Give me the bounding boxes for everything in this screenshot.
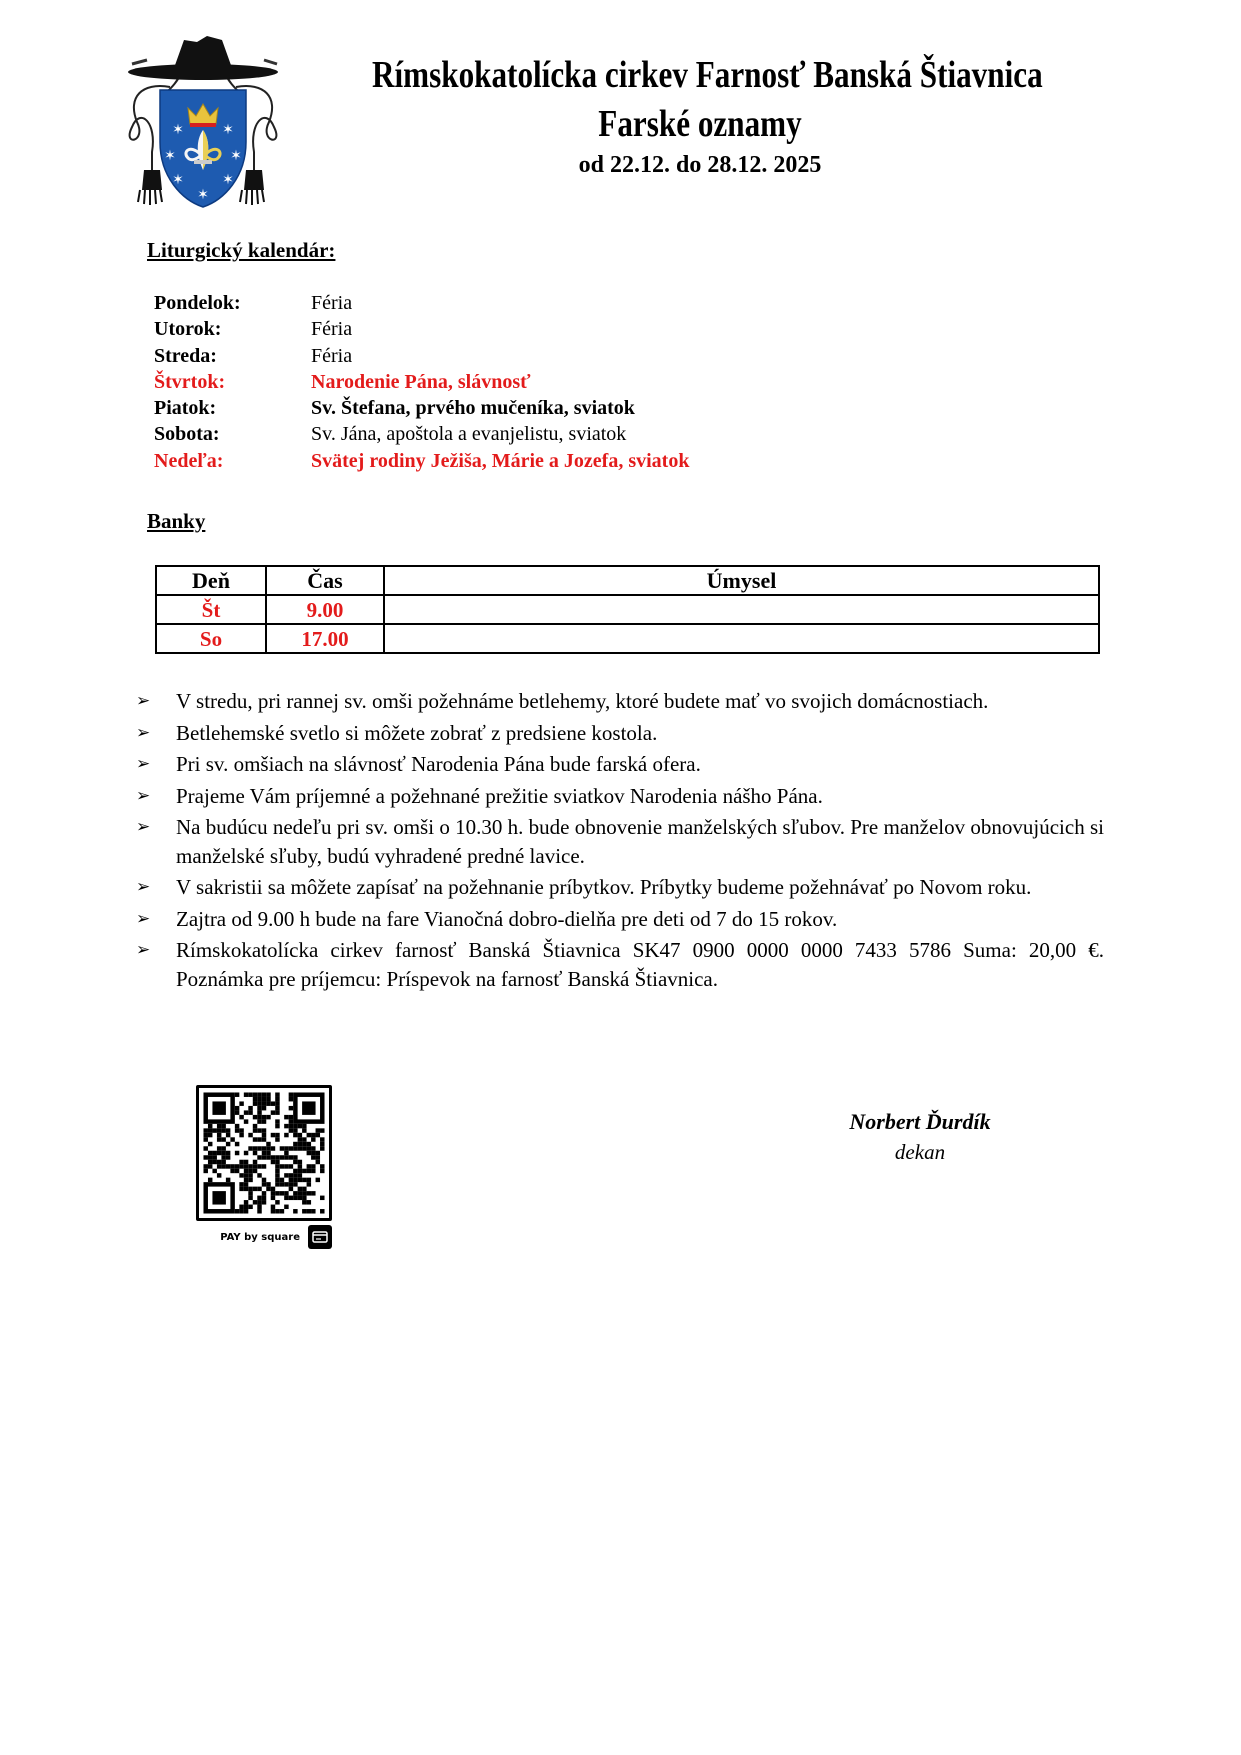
parish-title: Rímskokatolícka cirkev Farnosť Banská Št… <box>372 50 1028 100</box>
svg-text:✶: ✶ <box>172 122 184 138</box>
cell-umysel <box>384 595 1099 624</box>
arrowhead-bullet-icon: ➢ <box>136 905 176 934</box>
svg-text:✶: ✶ <box>230 148 242 164</box>
svg-text:✶: ✶ <box>197 187 209 203</box>
announcement-text: Rímskokatolícka cirkev farnosť Banská Št… <box>176 936 1104 993</box>
list-item: ➢Zajtra od 9.00 h bude na fare Vianočná … <box>136 905 1104 934</box>
announcement-text: Pri sv. omšiach na slávnosť Narodenia Pá… <box>176 750 1104 779</box>
column-header-cas: Čas <box>266 566 384 595</box>
calendar-row: Utorok:Féria <box>154 316 689 342</box>
table-row: So17.00 <box>156 624 1099 653</box>
calendar-row: Pondelok:Féria <box>154 290 689 316</box>
announcement-text: V stredu, pri rannej sv. omši požehnáme … <box>176 687 1104 716</box>
banky-heading: Banky <box>147 509 205 534</box>
svg-text:✶: ✶ <box>222 122 234 138</box>
calendar-row: Štvrtok:Narodenie Pána, slávnosť <box>154 369 689 395</box>
announcement-text: Zajtra od 9.00 h bude na fare Vianočná d… <box>176 905 1104 934</box>
announcement-text: Prajeme Vám príjemné a požehnané prežiti… <box>176 782 1104 811</box>
list-item: ➢Rímskokatolícka cirkev farnosť Banská Š… <box>136 936 1104 993</box>
list-item: ➢V sakristii sa môžete zapísať na požehn… <box>136 873 1104 902</box>
calendar-celebration: Féria <box>311 290 352 316</box>
pay-by-square-text: PAY by square <box>220 1232 300 1243</box>
svg-text:✶: ✶ <box>172 172 184 188</box>
cell-den: Št <box>156 595 266 624</box>
list-item: ➢V stredu, pri rannej sv. omši požehnáme… <box>136 687 1104 716</box>
table-row: Št9.00 <box>156 595 1099 624</box>
calendar-row: Streda:Féria <box>154 343 689 369</box>
calendar-day: Sobota: <box>154 421 311 447</box>
column-header-den: Deň <box>156 566 266 595</box>
date-range: od 22.12. do 28.12. 2025 <box>300 150 1100 180</box>
announcement-text: V sakristii sa môžete zapísať na požehna… <box>176 873 1104 902</box>
list-item: ➢Pri sv. omšiach na slávnosť Narodenia P… <box>136 750 1104 779</box>
arrowhead-bullet-icon: ➢ <box>136 936 176 993</box>
banky-table: Deň Čas Úmysel Št9.00So17.00 <box>155 565 1100 654</box>
payment-qr-code[interactable] <box>196 1085 332 1221</box>
signature-block: Norbert Ďurdík dekan <box>820 1107 1020 1167</box>
signature-role: dekan <box>820 1137 1020 1167</box>
calendar-day: Štvrtok: <box>154 369 311 395</box>
calendar-row: Nedeľa:Svätej rodiny Ježiša, Márie a Joz… <box>154 448 689 474</box>
liturgical-calendar-heading: Liturgický kalendár: <box>147 238 335 263</box>
list-item: ➢Prajeme Vám príjemné a požehnané prežit… <box>136 782 1104 811</box>
cell-umysel <box>384 624 1099 653</box>
cell-cas: 17.00 <box>266 624 384 653</box>
calendar-celebration: Narodenie Pána, slávnosť <box>311 369 531 395</box>
payment-qr-block: PAY by square <box>196 1085 332 1249</box>
table-header-row: Deň Čas Úmysel <box>156 566 1099 595</box>
coat-of-arms-icon: ✶ ✶ ✶ ✶ ✶ ✶ ✶ <box>112 32 294 210</box>
calendar-row: Sobota:Sv. Jána, apoštola a evanjelistu,… <box>154 421 689 447</box>
signature-name: Norbert Ďurdík <box>820 1107 1020 1137</box>
calendar-day: Nedeľa: <box>154 448 311 474</box>
cell-cas: 9.00 <box>266 595 384 624</box>
arrowhead-bullet-icon: ➢ <box>136 719 176 748</box>
list-item: ➢Na budúcu nedeľu pri sv. omši o 10.30 h… <box>136 813 1104 870</box>
cell-den: So <box>156 624 266 653</box>
calendar-celebration: Svätej rodiny Ježiša, Márie a Jozefa, sv… <box>311 448 689 474</box>
calendar-celebration: Féria <box>311 343 352 369</box>
announcement-text: Na budúcu nedeľu pri sv. omši o 10.30 h.… <box>176 813 1104 870</box>
qr-code-icon <box>199 1088 329 1218</box>
pay-by-square-card-icon <box>308 1225 332 1249</box>
announcements-list: ➢V stredu, pri rannej sv. omši požehnáme… <box>136 687 1104 996</box>
calendar-day: Piatok: <box>154 395 311 421</box>
document-title: Farské oznamy <box>372 100 1028 148</box>
calendar-row: Piatok:Sv. Štefana, prvého mučeníka, svi… <box>154 395 689 421</box>
arrowhead-bullet-icon: ➢ <box>136 687 176 716</box>
column-header-umysel: Úmysel <box>384 566 1099 595</box>
liturgical-calendar: Pondelok:FériaUtorok:FériaStreda:FériaŠt… <box>154 290 689 474</box>
arrowhead-bullet-icon: ➢ <box>136 750 176 779</box>
arrowhead-bullet-icon: ➢ <box>136 813 176 870</box>
parish-coat-of-arms-logo: ✶ ✶ ✶ ✶ ✶ ✶ ✶ <box>112 32 294 210</box>
list-item: ➢Betlehemské svetlo si môžete zobrať z p… <box>136 719 1104 748</box>
document-header: Rímskokatolícka cirkev Farnosť Banská Št… <box>300 50 1100 180</box>
calendar-day: Streda: <box>154 343 311 369</box>
svg-text:✶: ✶ <box>164 148 176 164</box>
svg-text:✶: ✶ <box>222 172 234 188</box>
calendar-celebration: Sv. Jána, apoštola a evanjelistu, sviato… <box>311 421 626 447</box>
calendar-day: Pondelok: <box>154 290 311 316</box>
arrowhead-bullet-icon: ➢ <box>136 873 176 902</box>
announcement-text: Betlehemské svetlo si môžete zobrať z pr… <box>176 719 1104 748</box>
arrowhead-bullet-icon: ➢ <box>136 782 176 811</box>
calendar-celebration: Sv. Štefana, prvého mučeníka, sviatok <box>311 395 635 421</box>
calendar-celebration: Féria <box>311 316 352 342</box>
calendar-day: Utorok: <box>154 316 311 342</box>
pay-by-square-label: PAY by square <box>196 1225 332 1249</box>
